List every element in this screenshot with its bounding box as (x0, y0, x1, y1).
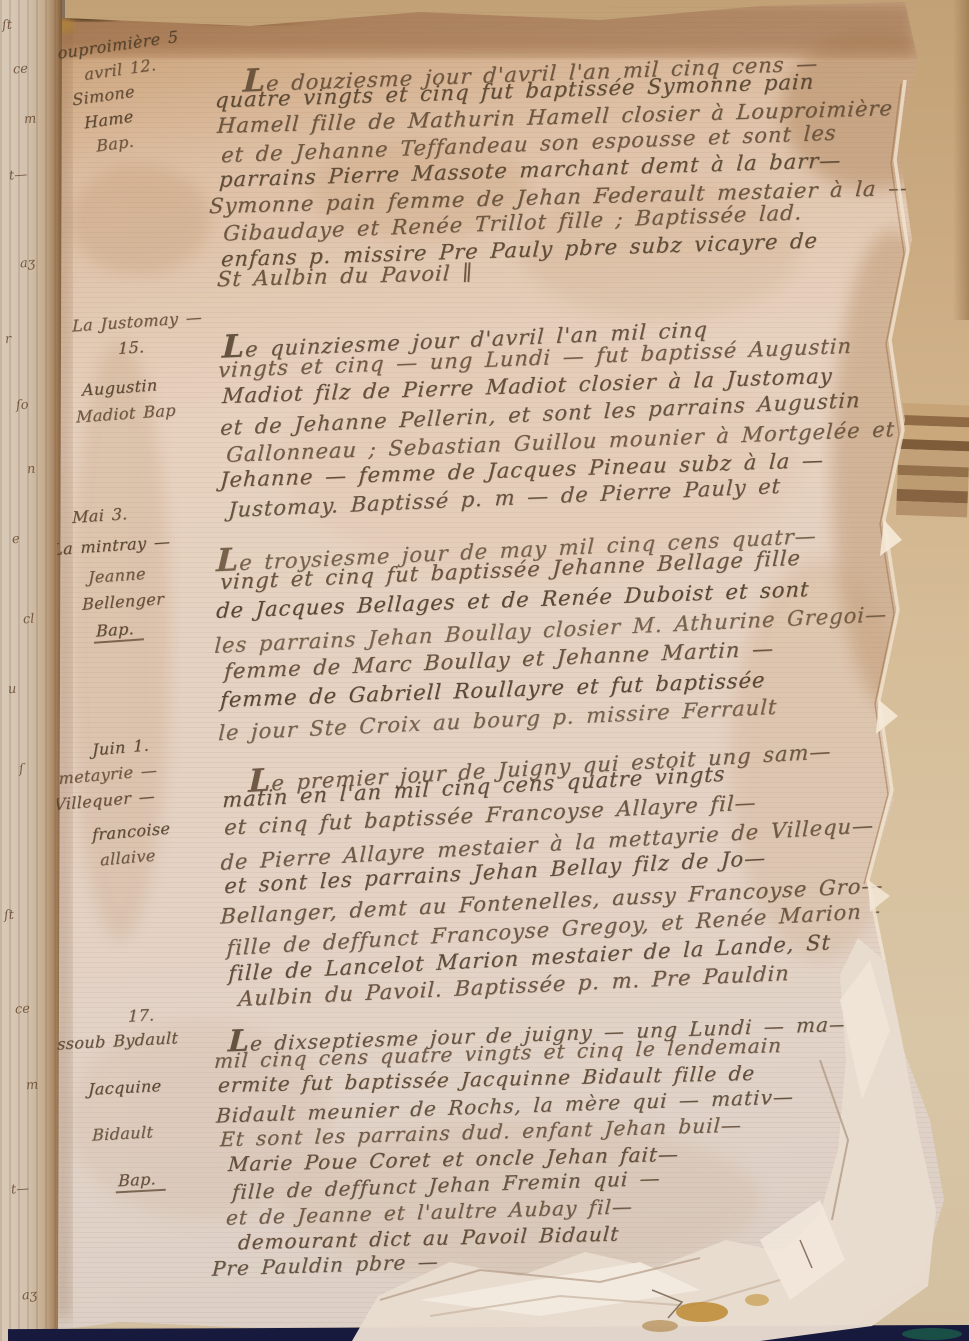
manuscript-photo: ſtcemt—aʒrſonecluſſtcemt—aʒ (0, 0, 969, 1341)
damage-overlay (0, 0, 969, 1341)
torn-edge-fibres (868, 80, 908, 960)
crumpled-corner (352, 938, 936, 1341)
